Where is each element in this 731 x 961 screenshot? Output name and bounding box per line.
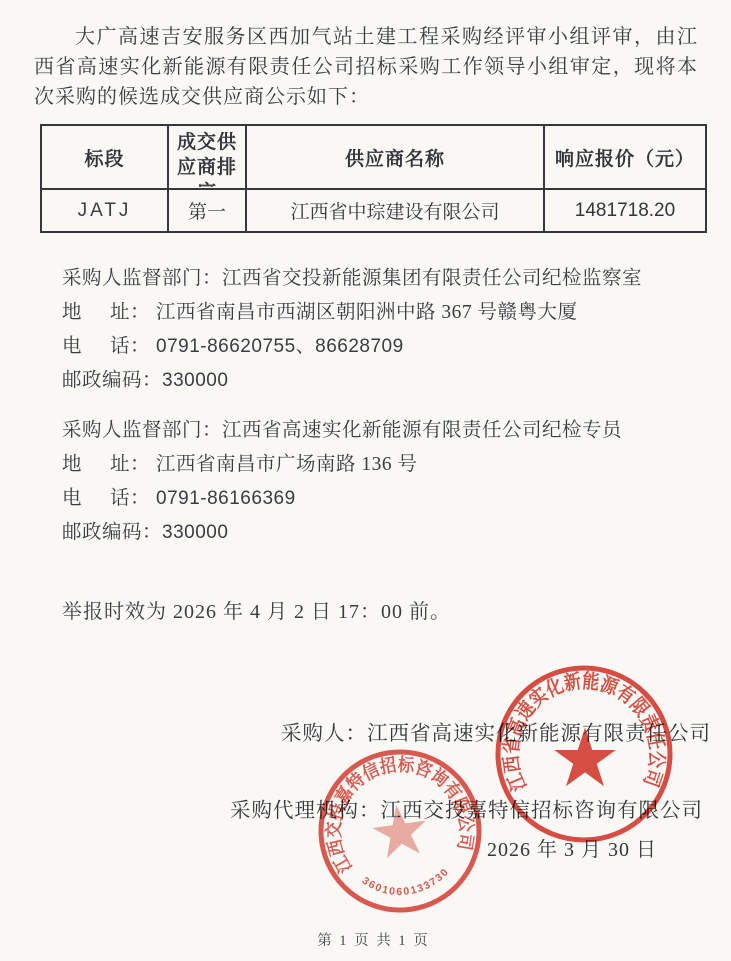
col-header-section: 标段	[41, 125, 168, 189]
table-header-row: 标段 成交供应商排序 供应商名称 响应报价（元）	[41, 125, 706, 189]
supervision-block-group: 采购人监督部门：江西省交投新能源集团有限责任公司纪检监察室 地址：江西省南昌市西…	[62, 262, 642, 398]
purchaser-company-seal: 江西省高速实化新能源有限责任公司	[474, 644, 694, 864]
supervision-address-line: 地址：江西省南昌市西湖区朝阳洲中路 367 号赣粤大厦	[62, 296, 642, 330]
supervision-block-purchaser: 采购人监督部门：江西省高速实化新能源有限责任公司纪检专员 地址：江西省南昌市广场…	[62, 414, 622, 550]
colon: ：	[130, 454, 150, 475]
seal-ring	[311, 742, 489, 920]
phone-value: 0791-86166369	[150, 488, 296, 509]
cell-rank: 第一	[168, 189, 246, 232]
seal-serial-number: 3601060133730	[358, 863, 453, 904]
colon: ：	[130, 488, 150, 509]
address-value: 江西省南昌市广场南路 136 号	[150, 454, 418, 475]
page-number-footer: 第 1 页 共 1 页	[8, 929, 731, 950]
table-row: JATJ 第一 江西省中琮建设有限公司 1481718.20	[41, 189, 706, 232]
supervision-dept-line: 采购人监督部门：江西省交投新能源集团有限责任公司纪检监察室	[62, 262, 642, 296]
col-header-price: 响应报价（元）	[544, 125, 706, 189]
supervision-dept-line: 采购人监督部门：江西省高速实化新能源有限责任公司纪检专员	[62, 414, 622, 448]
cell-price: 1481718.20	[544, 189, 706, 232]
dept-label: 采购人监督部门：	[62, 420, 222, 441]
address-value: 江西省南昌市西湖区朝阳洲中路 367 号赣粤大厦	[150, 302, 578, 323]
phone-value: 0791-86620755、86628709	[150, 336, 404, 357]
purchaser-signature-line: 采购人：江西省高速实化新能源有限责任公司	[281, 716, 711, 746]
dept-value: 江西省高速实化新能源有限责任公司纪检专员	[222, 420, 622, 441]
address-label: 地址	[62, 296, 130, 330]
col-header-supplier: 供应商名称	[246, 125, 544, 189]
agency-signature-line: 采购代理机构：江西交投嘉特信招标咨询有限公司	[230, 793, 703, 823]
postcode-value: 330000	[162, 370, 228, 391]
cell-supplier: 江西省中琮建设有限公司	[246, 189, 544, 232]
col-header-rank: 成交供应商排序	[168, 125, 246, 189]
postcode-label: 邮政编码：	[62, 370, 162, 391]
svg-text:3601060133730: 3601060133730	[358, 863, 453, 904]
supervision-phone-line: 电话：0791-86620755、86628709	[62, 330, 642, 364]
dept-label: 采购人监督部门：	[62, 268, 222, 289]
cell-section: JATJ	[41, 189, 168, 232]
phone-label: 电话	[62, 330, 130, 364]
bid-result-table: 标段 成交供应商排序 供应商名称 响应报价（元） JATJ 第一 江西省中琮建设…	[40, 124, 707, 233]
rank-header-clipped-text: 成交供应商排序	[176, 130, 238, 187]
supervision-address-line: 地址：江西省南昌市广场南路 136 号	[62, 448, 622, 482]
supervision-postcode-line: 邮政编码：330000	[62, 364, 642, 398]
postcode-value: 330000	[162, 522, 228, 543]
dept-value: 江西省交投新能源集团有限责任公司纪检监察室	[222, 268, 642, 289]
intro-paragraph: 大广高速吉安服务区西加气站土建工程采购经评审小组评审，由江西省高速实化新能源有限…	[34, 22, 698, 112]
colon: ：	[130, 336, 150, 357]
scanned-announcement-page: 大广高速吉安服务区西加气站土建工程采购经评审小组评审，由江西省高速实化新能源有限…	[0, 0, 731, 961]
postcode-label: 邮政编码：	[62, 522, 162, 543]
agency-company-seal: 江西交投嘉特信招标咨询有限公司 3601060133730	[287, 718, 513, 944]
colon: ：	[130, 302, 150, 323]
supervision-postcode-line: 邮政编码：330000	[62, 516, 622, 550]
phone-label: 电话	[62, 482, 130, 516]
signature-date: 2026 年 3 月 30 日	[487, 833, 657, 862]
address-label: 地址	[62, 448, 130, 482]
report-deadline-line: 举报时效为 2026 年 4 月 2 日 17：00 前。	[62, 595, 451, 624]
supervision-phone-line: 电话：0791-86166369	[62, 482, 622, 516]
